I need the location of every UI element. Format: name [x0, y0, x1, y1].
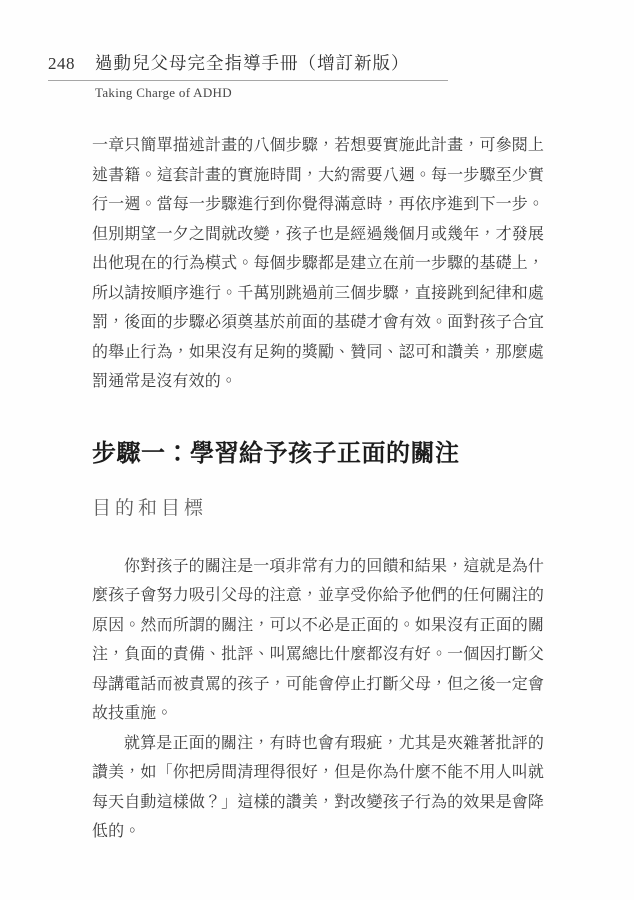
subsection-heading: 目的和目標	[92, 498, 544, 521]
header-row: 248 過動兒父母完全指導手冊（增訂新版）	[48, 50, 448, 81]
page-header: 248 過動兒父母完全指導手冊（增訂新版） Taking Charge of A…	[48, 0, 448, 101]
book-page: 248 過動兒父母完全指導手冊（增訂新版） Taking Charge of A…	[0, 0, 634, 900]
paragraph-plan-overview: 一章只簡單描述計畫的八個步驟，若想要實施此計畫，可參閱上述書籍。這套計畫的實施時…	[92, 131, 544, 397]
page-number: 248	[48, 54, 95, 74]
paragraph-flawed-praise: 就算是正面的關注，有時也會有瑕疵，尤其是夾雜著批評的讚美，如「你把房間清理得很好…	[92, 729, 544, 847]
book-title: 過動兒父母完全指導手冊（增訂新版）	[95, 50, 410, 75]
paragraph-attention-feedback: 你對孩子的關注是一項非常有力的回饋和結果，這就是為什麼孩子會努力吸引父母的注意，…	[92, 552, 544, 729]
page-body: 一章只簡單描述計畫的八個步驟，若想要實施此計畫，可參閱上述書籍。這套計畫的實施時…	[92, 131, 544, 847]
section-heading: 步驟一：學習給予孩子正面的關注	[92, 441, 544, 469]
book-subtitle: Taking Charge of ADHD	[95, 85, 448, 101]
